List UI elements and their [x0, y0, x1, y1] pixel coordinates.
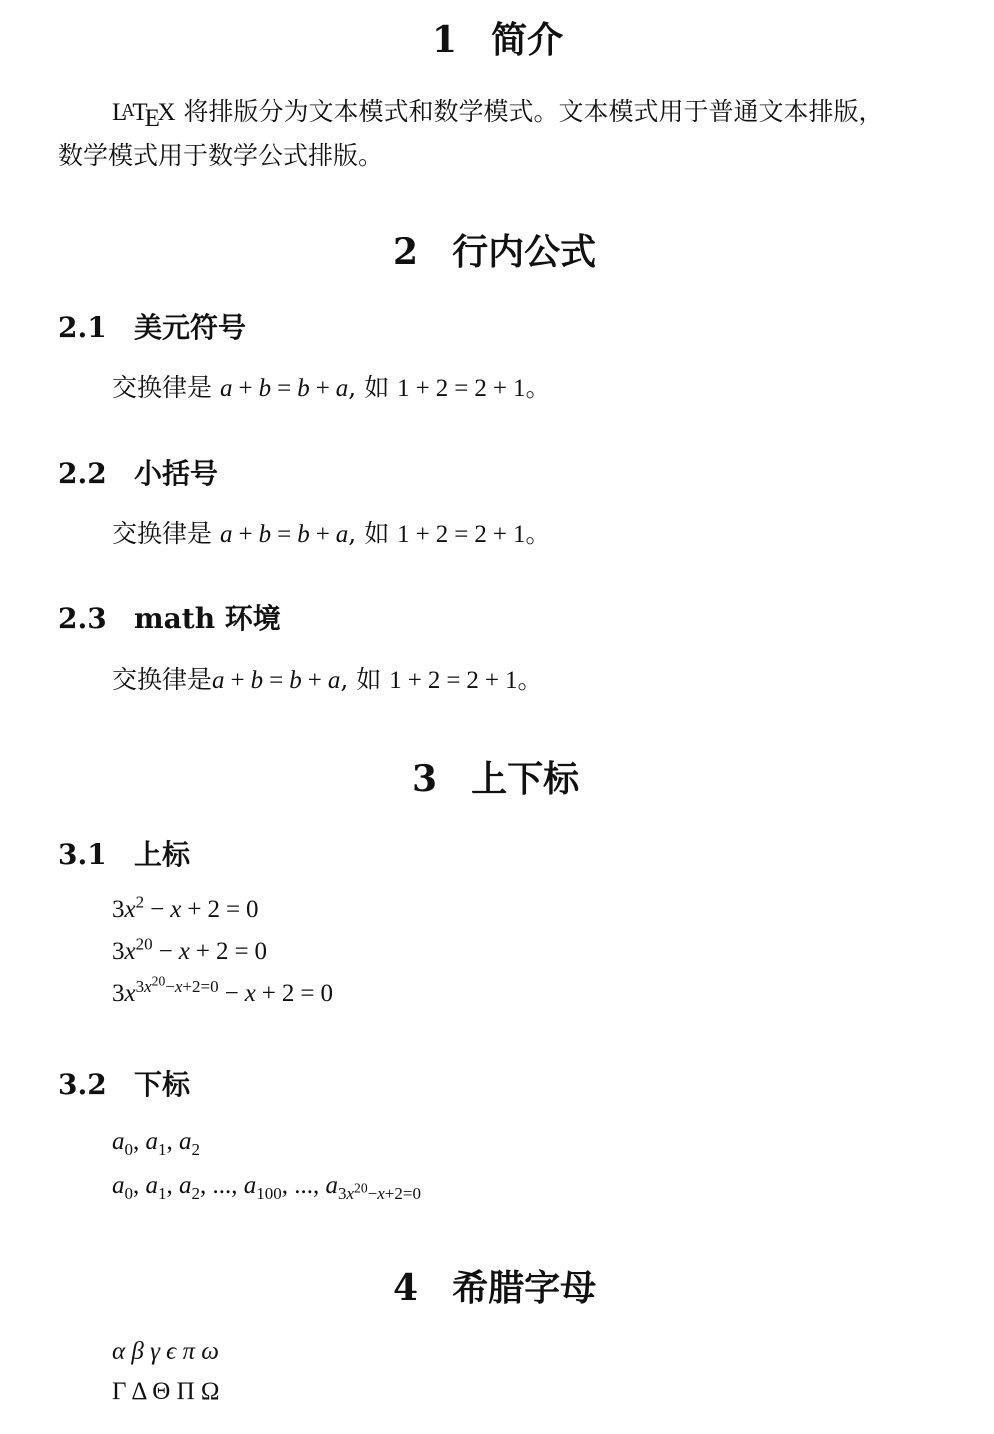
subsection-title: 美元符号 [134, 311, 246, 344]
section-title: 希腊字母 [452, 1267, 596, 1309]
formula-ab: a+b=b+a [212, 667, 340, 694]
intro-paragraph-line2: 数学模式用于数学公式排版。 [58, 136, 383, 172]
text-prefix: 交换律是 [112, 373, 212, 402]
subsection-heading-2-1: 2.1美元符号 [58, 306, 246, 346]
subscript-formula-1: a0, a1, a2 [112, 1128, 200, 1156]
subsection-number: 2.3 [58, 602, 134, 635]
subsection-title: 小括号 [134, 457, 218, 490]
section-title: 行内公式 [452, 231, 596, 273]
section-heading-1: 1简介 [432, 12, 563, 63]
intro-text: 将排版分为文本模式和数学模式。文本模式用于普通文本排版， [183, 97, 883, 126]
subscript-formula-2: a0, a1, a2, ..., a100, ..., a3x20−x+2=0 [112, 1172, 421, 1200]
formula-12: 1+2=2+1 [389, 667, 517, 694]
section-number: 2 [393, 231, 418, 273]
text-prefix: 交换律是 [112, 519, 212, 548]
commutative-example-1: 交换律是 a+b=b+a, 如 1+2=2+1。 [112, 368, 551, 404]
superscript-formula-2: 3x20−x+2=0 [112, 938, 267, 966]
subsection-number: 2.1 [58, 311, 134, 344]
commutative-example-3: 交换律是a+b=b+a, 如 1+2=2+1。 [112, 660, 543, 696]
formula-ab: a+b=b+a [220, 521, 348, 548]
section-heading-3: 3上下标 [412, 751, 579, 802]
text-mid: , 如 [348, 373, 389, 402]
section-title: 上下标 [471, 758, 579, 800]
logo-x: X [157, 99, 175, 126]
section-heading-2: 2行内公式 [393, 224, 596, 275]
subsection-title: 下标 [134, 1068, 190, 1101]
latex-logo: LATEX [112, 99, 176, 126]
subsection-number: 3.2 [58, 1068, 134, 1101]
section-number: 3 [412, 758, 437, 800]
subsection-heading-3-1: 3.1上标 [58, 833, 190, 873]
text-mid: , 如 [340, 665, 381, 694]
formula-12: 1+2=2+1 [397, 375, 525, 402]
superscript-formula-1: 3x2−x+2=0 [112, 896, 259, 924]
subsection-heading-3-2: 3.2下标 [58, 1063, 190, 1103]
section-number: 1 [432, 19, 457, 61]
section-title: 简介 [491, 19, 563, 61]
text-prefix: 交换律是 [112, 665, 212, 694]
subsection-title: 上标 [134, 838, 190, 871]
text-mid: , 如 [348, 519, 389, 548]
text-end: 。 [525, 519, 550, 548]
subsection-number: 3.1 [58, 838, 134, 871]
formula-ab: a+b=b+a [220, 375, 348, 402]
subsection-number: 2.2 [58, 457, 134, 490]
text-end: 。 [518, 665, 543, 694]
commutative-example-2: 交换律是 a+b=b+a, 如 1+2=2+1。 [112, 514, 551, 550]
intro-paragraph-line1: LATEX 将排版分为文本模式和数学模式。文本模式用于普通文本排版， [112, 92, 883, 133]
section-number: 4 [393, 1267, 418, 1309]
subsection-heading-2-3: 2.3math 环境 [58, 597, 281, 637]
subsection-heading-2-2: 2.2小括号 [58, 452, 218, 492]
text-end: 。 [525, 373, 550, 402]
section-heading-4: 4希腊字母 [393, 1260, 596, 1311]
greek-uppercase: Γ Δ Θ Π Ω [112, 1378, 219, 1406]
superscript-formula-3: 3x3x20−x+2=0−x+2=0 [112, 980, 333, 1008]
greek-lowercase: α β γ ϵ π ω [112, 1338, 219, 1366]
formula-12: 1+2=2+1 [397, 521, 525, 548]
subsection-title: math 环境 [134, 602, 281, 635]
